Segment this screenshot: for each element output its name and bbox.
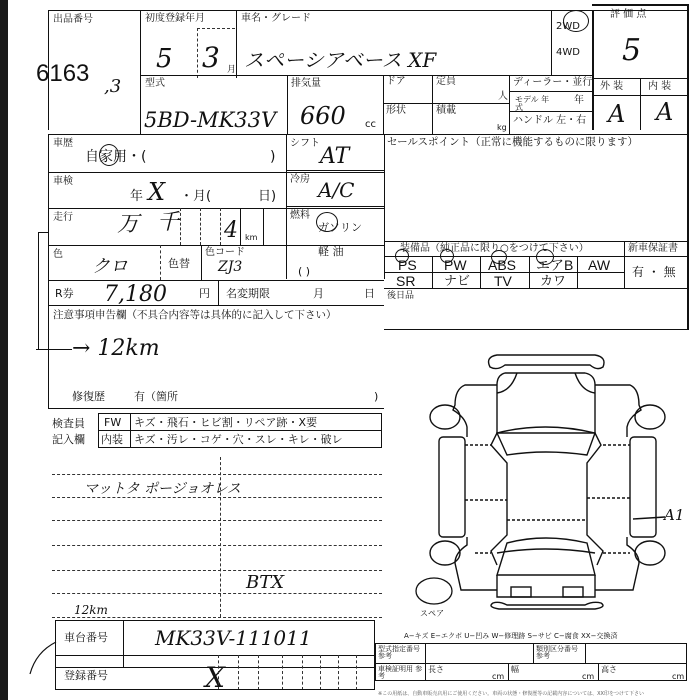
divider xyxy=(48,280,384,281)
door-label: ドア xyxy=(386,77,406,87)
color-value: クロ xyxy=(92,258,128,276)
equip-pw-circle xyxy=(440,249,454,263)
shaken-year-unit: 年 xyxy=(130,190,143,203)
dealer-label: ディーラー・並行 xyxy=(513,78,592,88)
fuel-diesel: 軽 油 xyxy=(318,246,344,257)
divider xyxy=(263,208,264,245)
usage-close: ) xyxy=(270,150,275,164)
divider xyxy=(286,170,384,171)
warranty-value: 有 ・ 無 xyxy=(632,266,676,278)
mileage-unit: km xyxy=(245,234,257,242)
divider xyxy=(140,10,688,11)
divider xyxy=(592,10,594,130)
divider xyxy=(509,75,510,135)
writing-line xyxy=(52,545,382,546)
cert-label: 車検証明用 参考 xyxy=(378,666,424,680)
connector-line xyxy=(38,232,39,350)
exterior-label: 外 装 xyxy=(600,82,623,92)
divider xyxy=(197,28,198,78)
divider xyxy=(585,643,586,663)
divider xyxy=(624,241,625,288)
fw-label: FW xyxy=(104,417,121,428)
displacement-value: 660 xyxy=(300,104,346,128)
capacity-label: 定員 xyxy=(436,77,456,87)
divider xyxy=(140,10,141,135)
divider xyxy=(201,245,202,280)
divider xyxy=(480,256,481,288)
mileage-man: 万 xyxy=(117,214,139,236)
length-label: 長さ xyxy=(428,666,444,674)
class-label: 類別区分番号 参考 xyxy=(536,646,584,660)
divider xyxy=(551,10,552,75)
score-label: 評 価 点 xyxy=(610,10,646,20)
mileage-sen: 千 xyxy=(157,212,179,234)
divider xyxy=(592,4,688,6)
divider xyxy=(286,206,384,207)
shape-label: 形状 xyxy=(386,106,406,116)
equip-airbag-circle xyxy=(536,249,554,265)
shaken-day-unit: 日) xyxy=(258,190,276,203)
name-change-label: 名変期限 xyxy=(226,288,270,299)
capacity-unit: 人 xyxy=(498,92,508,102)
divider xyxy=(384,329,688,330)
divider xyxy=(48,134,49,409)
lot-label: 出品番号 xyxy=(53,15,93,25)
shaken-month-unit: ・月( xyxy=(180,190,211,203)
divider xyxy=(287,75,288,135)
divider xyxy=(240,208,241,245)
equip-abs-circle xyxy=(491,250,507,264)
divider xyxy=(432,75,433,135)
equip-leather: カワ xyxy=(540,274,566,287)
lot-suffix: ,3 xyxy=(104,78,121,96)
divider xyxy=(509,91,592,92)
divider xyxy=(48,208,384,209)
scan-edge xyxy=(0,0,8,700)
name-change-day: 日 xyxy=(364,288,375,299)
score-value: 5 xyxy=(622,36,641,66)
displacement-label: 排気量 xyxy=(291,79,321,89)
handle-label: ハンドル 左・右 xyxy=(513,116,586,126)
height-label: 高さ xyxy=(601,666,617,674)
writing-line xyxy=(52,617,382,618)
repair-close: ) xyxy=(374,391,378,402)
exterior-grade: A xyxy=(608,102,625,126)
shift-value: AT xyxy=(320,146,349,168)
margin-note: 12km xyxy=(74,604,108,616)
inspector-note-2: BTX xyxy=(246,574,284,592)
fuel-label: 燃料 xyxy=(290,211,310,221)
divider xyxy=(508,663,509,681)
equip-sr: SR xyxy=(396,274,415,288)
model-year-unit: 年 xyxy=(574,96,584,106)
width-unit: cm xyxy=(582,673,594,681)
fuel-circle xyxy=(316,212,338,232)
inspector-label-2: 記入欄 xyxy=(52,434,85,445)
divider xyxy=(687,4,689,130)
model-value: 5BD-MK33V xyxy=(144,110,276,131)
pen-mark xyxy=(28,640,58,676)
notes-label: 注意事項申告欄（不具合内容等は具体的に記入して下さい） xyxy=(53,310,337,321)
divider xyxy=(529,256,530,288)
divider xyxy=(48,134,688,135)
model-label: 型式 xyxy=(145,79,165,89)
color-code-label: 色コード xyxy=(205,248,245,258)
divider xyxy=(425,643,426,681)
car-name-value: スペーシアベース XF xyxy=(244,50,436,70)
damage-legend: A−キズ E−エクボ U−凹み W−修理跡 S−サビ C−腐食 XX−交換済 xyxy=(404,633,617,640)
mileage-value: 4 xyxy=(224,220,238,242)
divider xyxy=(592,95,688,96)
car-name-label: 車名・グレード xyxy=(241,14,311,24)
chassis-label: 車台番号 xyxy=(64,632,108,643)
color-label: 色 xyxy=(53,250,63,260)
divider xyxy=(640,78,641,130)
writing-line xyxy=(52,520,382,521)
connector-line xyxy=(36,349,72,350)
divider xyxy=(200,208,201,245)
divider xyxy=(218,280,219,305)
divider xyxy=(383,103,509,104)
chassis-value: MK33V-111011 xyxy=(155,628,312,648)
equip-ps-circle xyxy=(395,249,409,263)
spare-label: スペア xyxy=(420,610,444,618)
displacement-unit: cc xyxy=(365,120,376,130)
name-change-month: 月 xyxy=(313,288,324,299)
lot-number: 6163 xyxy=(36,62,89,86)
repair-label: 修復歴 xyxy=(72,391,105,402)
divider xyxy=(432,256,433,288)
spare-tire-icon xyxy=(412,575,456,607)
divider xyxy=(509,111,592,112)
car-damage-diagram[interactable] xyxy=(425,345,680,610)
divider xyxy=(383,75,384,135)
ac-value: A/C xyxy=(318,180,354,200)
length-unit: cm xyxy=(492,673,504,681)
model-year-label: モデル 年式 xyxy=(515,96,555,112)
width-label: 幅 xyxy=(511,666,519,674)
interior-grade: A xyxy=(656,100,673,124)
load-unit: kg xyxy=(497,124,507,132)
repair-value: 有（箇所 xyxy=(134,391,178,402)
first-reg-label: 初度登録年月 xyxy=(145,14,205,24)
warranty-label: 新車保証書 xyxy=(628,244,678,254)
load-label: 積載 xyxy=(436,106,456,116)
type-cert-label: 型式指定番号 参考 xyxy=(378,646,424,660)
divider xyxy=(140,75,592,76)
divider xyxy=(98,430,382,431)
divider xyxy=(598,663,599,681)
divider xyxy=(48,408,384,409)
divider xyxy=(533,643,534,663)
shaken-label: 車検 xyxy=(53,177,73,187)
interior-items: キズ・汚レ・コゲ・穴・スレ・キレ・破レ xyxy=(134,434,343,445)
equip-tv: TV xyxy=(494,274,512,288)
equip-aw: AW xyxy=(588,258,610,272)
interior-insp-label: 内装 xyxy=(101,434,123,445)
color-code-value: ZJ3 xyxy=(218,260,242,274)
divider xyxy=(687,130,689,330)
divider xyxy=(197,28,235,29)
divider xyxy=(130,413,131,448)
mileage-label: 走行 xyxy=(53,213,73,223)
color-change-label: 色替 xyxy=(168,258,190,269)
equip-navi: ナビ xyxy=(444,274,470,287)
later-label: 後日品 xyxy=(387,292,414,301)
shift-label: シフト xyxy=(290,139,320,149)
usage-label: 車歴 xyxy=(53,139,73,149)
ac-label: 冷房 xyxy=(290,175,310,185)
divider xyxy=(220,208,221,245)
writing-line xyxy=(52,593,382,594)
divider xyxy=(384,241,688,242)
divider xyxy=(384,134,385,279)
usage-circle xyxy=(99,144,119,166)
recycle-value: 7,180 xyxy=(104,284,167,306)
divider xyxy=(577,256,578,288)
divider xyxy=(384,288,688,289)
connector-line xyxy=(38,232,48,233)
fw-items: キズ・飛石・ヒビ割・リペア跡・X要 xyxy=(134,417,317,428)
recycle-unit: 円 xyxy=(199,288,210,299)
height-unit: cm xyxy=(672,673,684,681)
writing-line xyxy=(52,497,382,498)
divider xyxy=(160,245,161,280)
divider xyxy=(48,172,384,173)
notes-value: → 12km xyxy=(72,338,160,360)
inspector-label-1: 検査員 xyxy=(52,418,85,429)
writing-line xyxy=(52,474,382,475)
divider xyxy=(236,10,237,78)
drive-4wd: 4WD xyxy=(556,48,580,58)
shaken-value: X xyxy=(148,180,165,204)
interior-label: 内 装 xyxy=(648,82,671,92)
divider xyxy=(180,208,181,245)
sales-point-label: セールスポイント（正常に機能するものに限ります） xyxy=(387,137,638,148)
drive-2wd-circle xyxy=(563,10,589,32)
month-unit: 月 xyxy=(227,66,236,75)
recycle-label: R券 xyxy=(55,288,74,299)
damage-annotation: A1 xyxy=(664,508,684,523)
first-reg-year: 5 xyxy=(156,46,173,72)
reg-box xyxy=(55,655,375,690)
writing-line xyxy=(52,570,382,571)
inspector-note-1: マットタ ポージョオレス xyxy=(84,482,241,496)
footnote: ※この用紙は、自動車販売店用にご使用ください。車両の状態・修復歴等の記載内容につ… xyxy=(378,692,644,697)
divider xyxy=(375,663,687,664)
first-reg-month: 3 xyxy=(202,44,220,72)
divider xyxy=(48,305,384,306)
fuel-other: ( ) xyxy=(298,266,310,277)
